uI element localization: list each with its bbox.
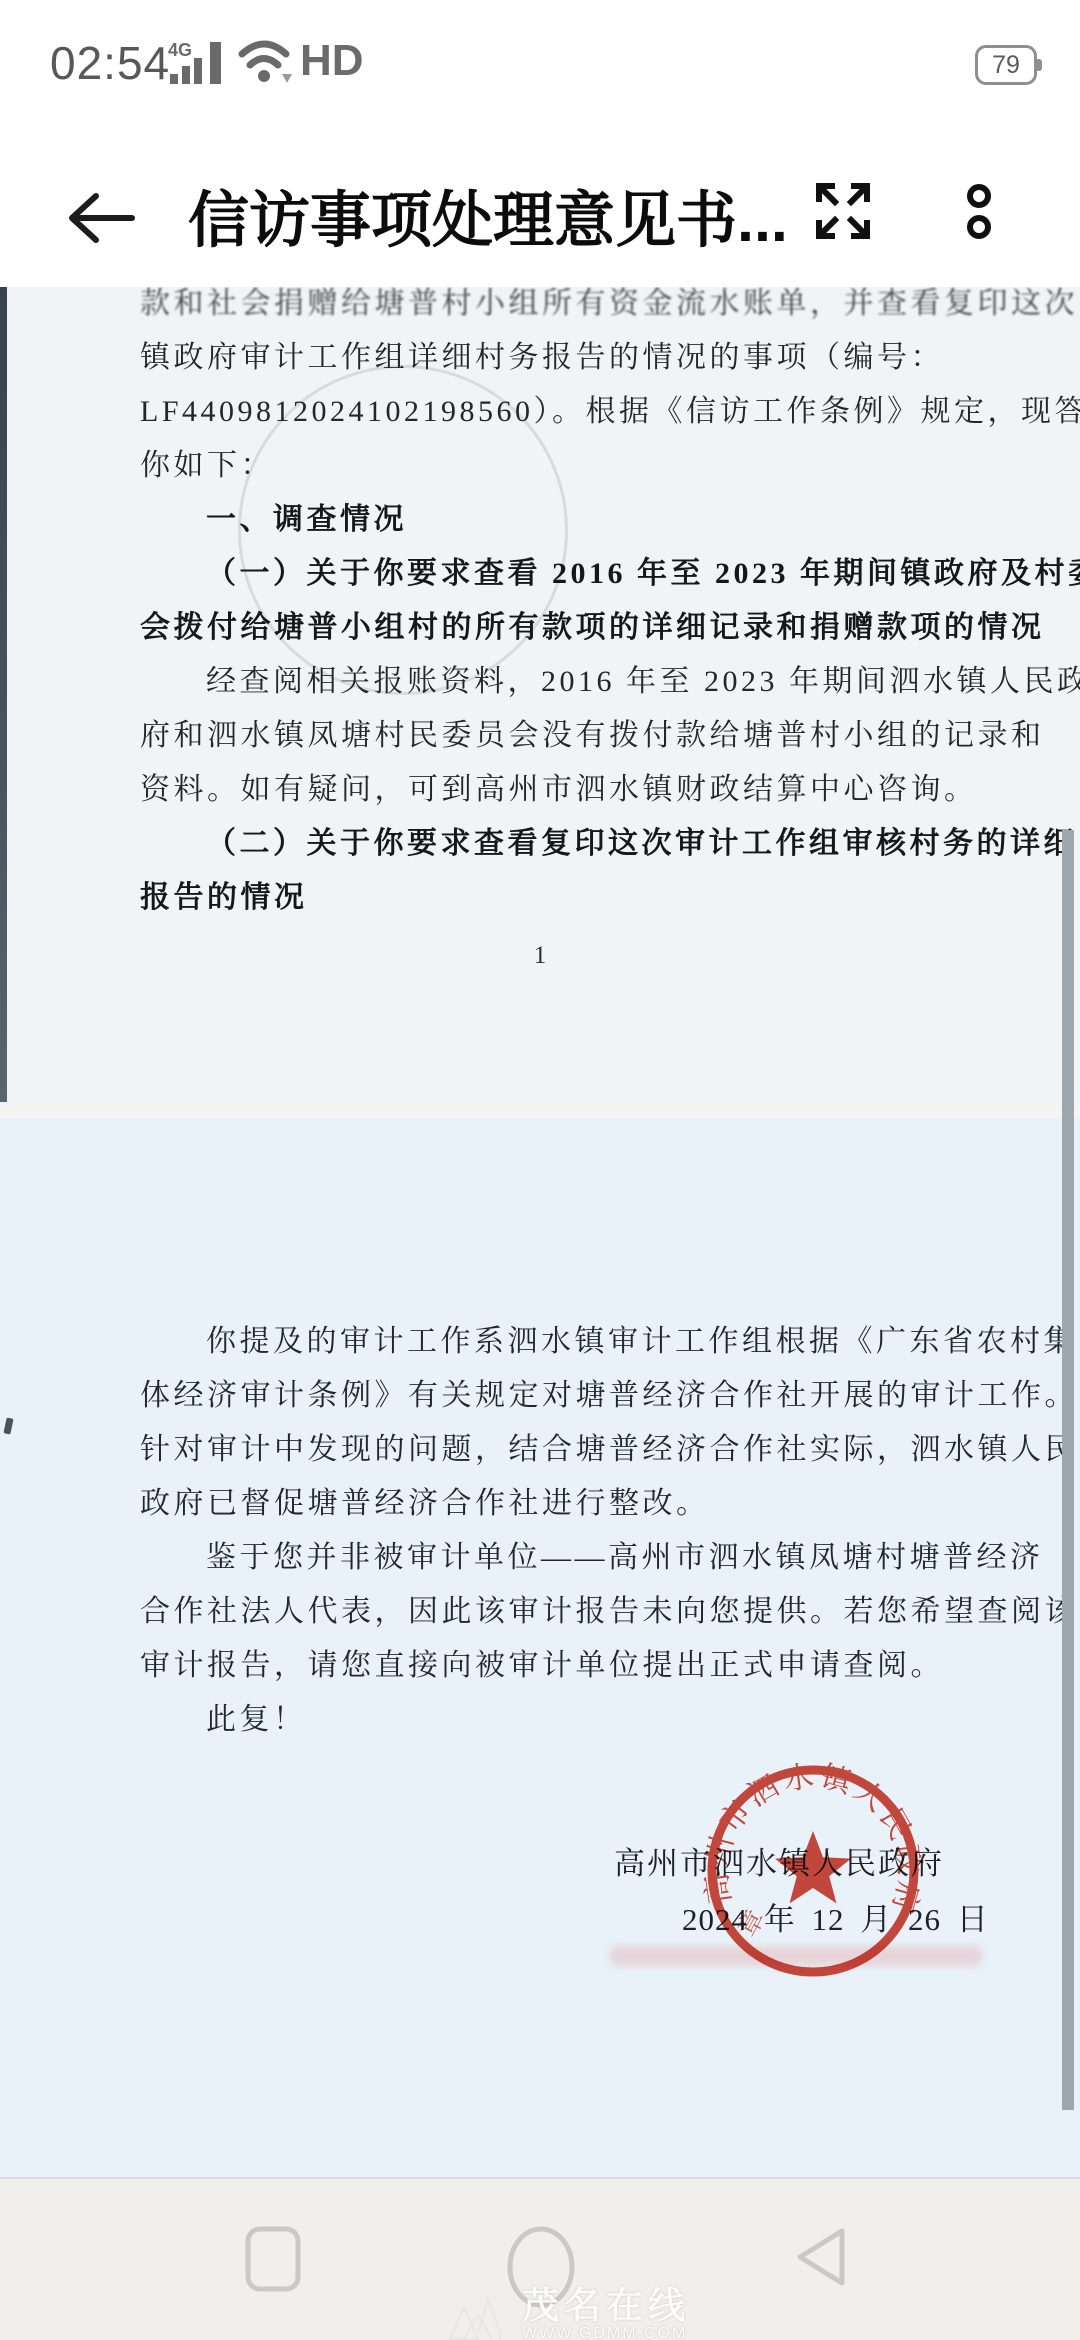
page1-text-block: 款和社会捐赠给塘普村小组所有资金流水账单，并查看复印这次镇政府审计工作组详细村务…	[140, 287, 962, 925]
recents-square-icon	[244, 2225, 302, 2293]
nav-recents-button[interactable]	[244, 2225, 302, 2298]
document-title: 信访事项处理意见书...	[188, 172, 788, 259]
watermark-logo-icon	[448, 2289, 514, 2340]
watermark-title: 茂名在线	[522, 2287, 690, 2325]
two-dots-menu-icon	[960, 182, 998, 244]
doc-line: 此复！	[140, 1693, 962, 1747]
document-viewer[interactable]: 款和社会捐赠给塘普村小组所有资金流水账单，并查看复印这次镇政府审计工作组详细村务…	[0, 287, 1080, 2178]
doc-line: 镇政府审计工作组详细村务报告的情况的事项（编号：	[140, 331, 962, 385]
clock-text: 02:54	[50, 36, 170, 90]
more-options-button[interactable]	[960, 182, 998, 244]
doc-line: 政府已督促塘普经济合作社进行整改。	[140, 1477, 962, 1531]
nav-back-button[interactable]	[792, 2225, 850, 2294]
doc-line: （二）关于你要求查看复印这次审计工作组审核村务的详细	[140, 817, 962, 871]
back-triangle-icon	[792, 2225, 850, 2289]
doc-line: 经查阅相关报账资料，2016 年至 2023 年期间泗水镇人民政	[140, 655, 962, 709]
doc-line: 你如下：	[140, 439, 962, 493]
doc-line: 款和社会捐赠给塘普村小组所有资金流水账单，并查看复印这次	[140, 287, 962, 331]
doc-line: 资料。如有疑问，可到高州市泗水镇财政结算中心咨询。	[140, 763, 962, 817]
fullscreen-icon	[815, 182, 871, 240]
doc-line: LF4409812024102198560）。根据《信访工作条例》规定，现答复	[140, 385, 962, 439]
page2-text-block: 你提及的审计工作系泗水镇审计工作组根据《广东省农村集体经济审计条例》有关规定对塘…	[140, 1315, 962, 1747]
doc-line: 针对审计中发现的问题，结合塘普经济合作社实际，泗水镇人民	[140, 1423, 962, 1477]
back-button[interactable]	[62, 188, 138, 248]
doc-line: 鉴于您并非被审计单位——高州市泗水镇凤塘村塘普经济	[140, 1531, 962, 1585]
doc-line: 会拨付给塘普小组村的所有款项的详细记录和捐赠款项的情况	[140, 601, 962, 655]
svg-text:4G: 4G	[168, 40, 192, 60]
wifi-icon	[238, 40, 296, 91]
doc-line: 你提及的审计工作系泗水镇审计工作组根据《广东省农村集	[140, 1315, 962, 1369]
official-seal: 高州市泗水镇人民政府 章	[701, 1759, 925, 1983]
page-number: 1	[0, 942, 1080, 970]
watermark-url: WWW.GDMM.COM	[522, 2325, 690, 2340]
document-page-2: 你提及的审计工作系泗水镇审计工作组根据《广东省农村集体经济审计条例》有关规定对塘…	[0, 1118, 1080, 2178]
title-bar: 信访事项处理意见书...	[0, 110, 1080, 287]
navigation-bar: 茂名在线 WWW.GDMM.COM	[0, 2178, 1080, 2340]
back-arrow-icon	[62, 188, 138, 248]
hd-indicator: HD	[300, 36, 364, 86]
doc-line: （一）关于你要求查看 2016 年至 2023 年期间镇政府及村委	[140, 547, 962, 601]
cellular-signal-icon: 4G	[168, 40, 230, 91]
status-bar: 02:54 4G HD 79	[0, 0, 1080, 110]
scrollbar-thumb[interactable]	[1062, 830, 1074, 2110]
doc-line: 体经济审计条例》有关规定对塘普经济合作社开展的审计工作。	[140, 1369, 962, 1423]
scan-speck	[3, 1417, 13, 1434]
page-edge-shadow	[0, 287, 7, 1102]
doc-line: 府和泗水镇凤塘村民委员会没有拨付款给塘普村小组的记录和	[140, 709, 962, 763]
doc-line: 报告的情况	[140, 871, 962, 925]
document-page-1: 款和社会捐赠给塘普村小组所有资金流水账单，并查看复印这次镇政府审计工作组详细村务…	[0, 287, 1080, 1102]
watermark: 茂名在线 WWW.GDMM.COM	[448, 2287, 708, 2340]
battery-indicator: 79	[975, 45, 1037, 85]
doc-line: 一、调查情况	[140, 493, 962, 547]
page-gap	[0, 1102, 1080, 1118]
fullscreen-button[interactable]	[815, 182, 871, 240]
phone-screen: 02:54 4G HD 79	[0, 0, 1080, 2340]
doc-line: 合作社法人代表，因此该审计报告未向您提供。若您希望查阅该	[140, 1585, 962, 1639]
battery-percent-text: 79	[992, 51, 1020, 79]
doc-line: 审计报告，请您直接向被审计单位提出正式申请查阅。	[140, 1639, 962, 1693]
